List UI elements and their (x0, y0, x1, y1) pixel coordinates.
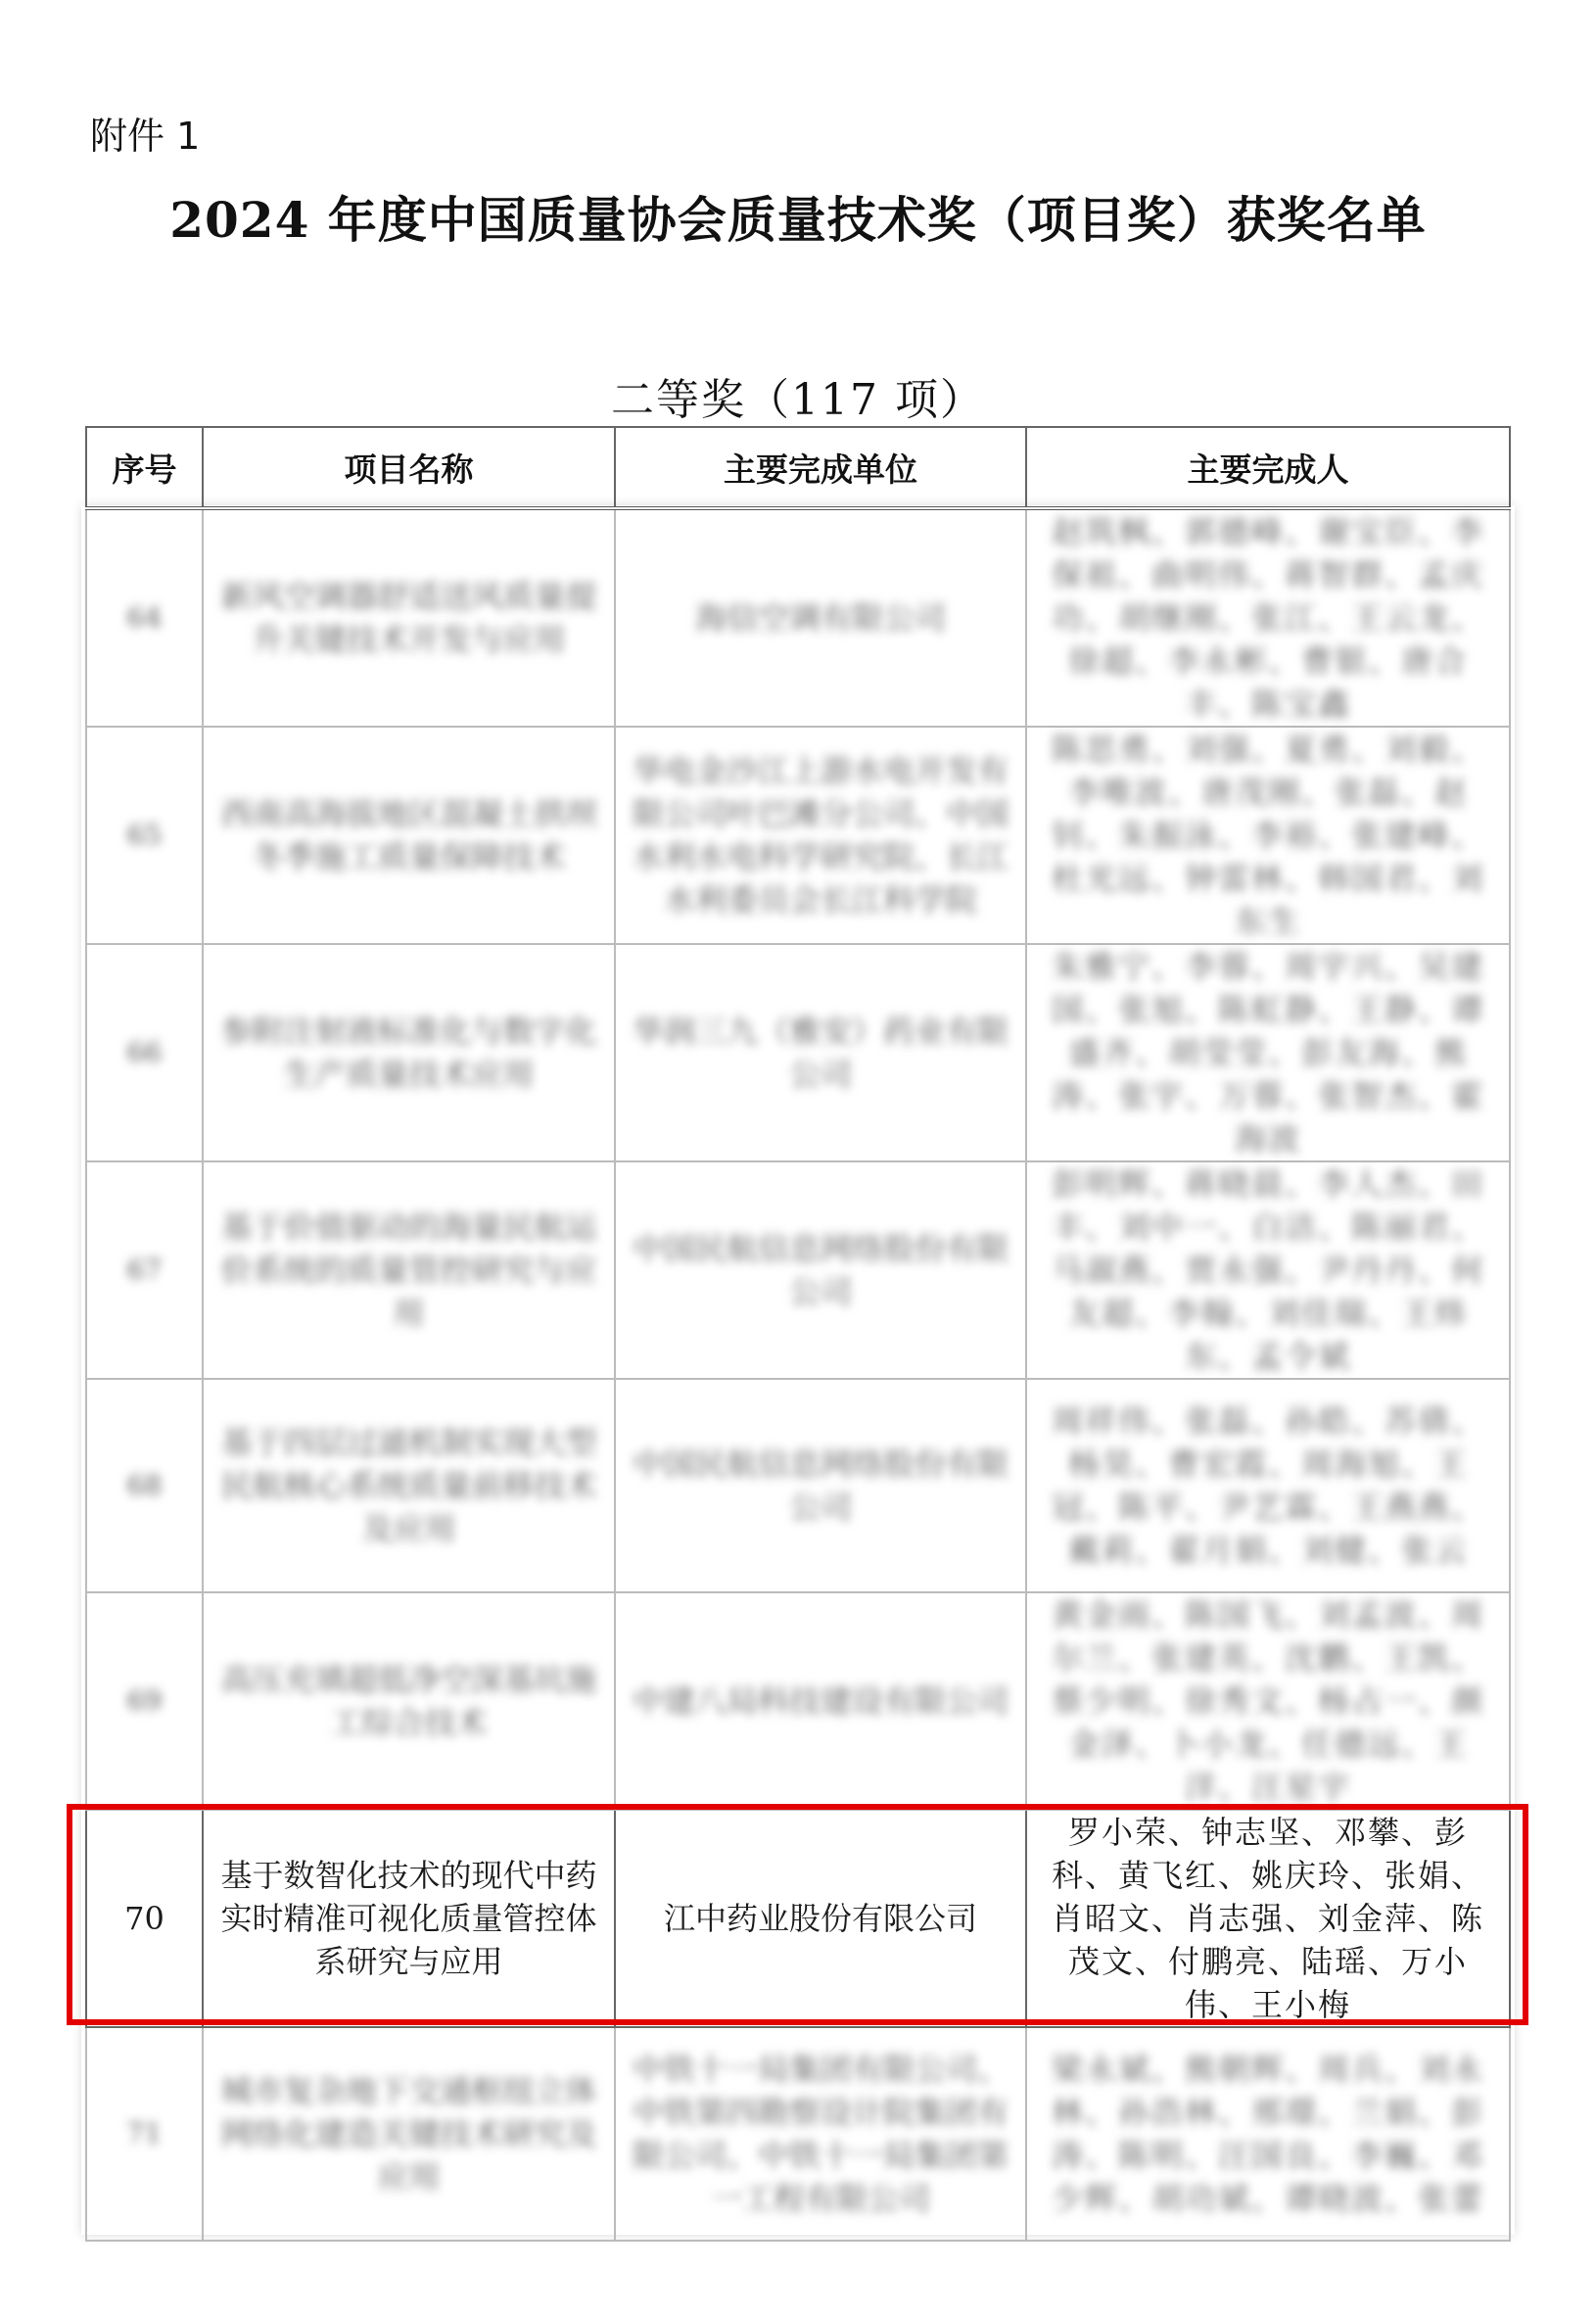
completing-people: 罗小荣、钟志坚、邓攀、彭科、黄飞红、姚庆玲、张娟、肖昭文、肖志强、刘金萍、陈茂文… (1026, 1810, 1510, 2027)
table-row: 67 基于价值驱动的海量民航运价系统的质量管控研究与应用 中国民航信息网络股份有… (86, 1161, 1510, 1379)
table-row: 65 西南高海拔地区混凝土拱坝冬季施工质量保障技术 华电金沙江上游水电开发有限公… (86, 727, 1510, 944)
section-title: 二等奖（117 项） (0, 364, 1596, 427)
project-name: 参附注射液标准化与数字化生产质量技术应用 (203, 944, 615, 1161)
highlighted-table-row: 70 基于数智化技术的现代中药实时精准可视化质量管控体系研究与应用 江中药业股份… (86, 1810, 1510, 2027)
completing-people: 彭明辉、蒋晓晨、李人杰、田丰、刘中一、白洁、陈丽君、马淑燕、贾永强、尹丹丹、何友… (1026, 1161, 1510, 1379)
table-header-row: 序号 项目名称 主要完成单位 主要完成人 (86, 427, 1510, 508)
column-header-unit: 主要完成单位 (615, 427, 1026, 508)
row-number: 68 (86, 1379, 203, 1592)
completing-people: 赵筑枫、郭德峰、谢宝臣、李保祖、曲明伟、蒋智群、孟庆功、胡继刚、张江、王云龙、徐… (1026, 508, 1510, 727)
completing-people: 黄金雨、陈国飞、刘孟波、周尔兰、张建英、沈鹏、王凯、蔡少明、徐秀文、杨占一、颜金… (1026, 1592, 1510, 1810)
table-row: 66 参附注射液标准化与数字化生产质量技术应用 华润三九（雅安）药业有限公司 朱… (86, 944, 1510, 1161)
row-number: 67 (86, 1161, 203, 1379)
table-row: 68 基于四层过滤机制实现大型民航核心系统质量前移技术及应用 中国民航信息网络股… (86, 1379, 1510, 1592)
column-header-project: 项目名称 (203, 427, 615, 508)
completing-unit: 华润三九（雅安）药业有限公司 (615, 944, 1026, 1161)
project-name: 基于价值驱动的海量民航运价系统的质量管控研究与应用 (203, 1161, 615, 1379)
completing-people: 朱雅宁、李蓉、周宇兴、吴建国、张旭、陈虹静、王静、谭盛齐、胡莹莹、彭友海、熊涛、… (1026, 944, 1510, 1161)
column-header-people: 主要完成人 (1026, 427, 1510, 508)
completing-unit: 中国民航信息网络股份有限公司 (615, 1379, 1026, 1592)
project-name: 新风空调器舒适送风质量提升关键技术开发与应用 (203, 508, 615, 727)
completing-unit: 海信空调有限公司 (615, 508, 1026, 727)
table-row: 64 新风空调器舒适送风质量提升关键技术开发与应用 海信空调有限公司 赵筑枫、郭… (86, 508, 1510, 727)
project-name: 高压充填超低净空深基坑施工综合技术 (203, 1592, 615, 1810)
column-header-num: 序号 (86, 427, 203, 508)
project-name: 基于数智化技术的现代中药实时精准可视化质量管控体系研究与应用 (203, 1810, 615, 2027)
completing-unit: 中建八局科技建设有限公司 (615, 1592, 1026, 1810)
completing-people: 陈思勇、刘强、夏勇、刘毅、李唯波、唐茂刚、张磊、赵钊、朱振泳、李裕、张建峰、杜光… (1026, 727, 1510, 944)
project-name: 城市复杂地下交通枢纽立体网络化建造关键技术研究及应用 (203, 2027, 615, 2241)
completing-unit: 中铁十一局集团有限公司、中铁第四勘察设计院集团有限公司、中铁十一局集团第一工程有… (615, 2027, 1026, 2241)
annex-label: 附件 1 (90, 106, 200, 160)
table-row: 69 高压充填超低净空深基坑施工综合技术 中建八局科技建设有限公司 黄金雨、陈国… (86, 1592, 1510, 1810)
row-number: 66 (86, 944, 203, 1161)
row-number: 65 (86, 727, 203, 944)
document-title: 2024 年度中国质量协会质量技术奖（项目奖）获奖名单 (0, 181, 1596, 252)
project-name: 基于四层过滤机制实现大型民航核心系统质量前移技术及应用 (203, 1379, 615, 1592)
completing-unit: 华电金沙江上游水电开发有限公司叶巴滩分公司、中国水利水电科学研究院、长江水利委员… (615, 727, 1026, 944)
completing-people: 梁永斌、熊朝辉、周兵、刘永林、孙浩林、邢璟、兰娟、彭涛、陈明、汪国良、李巍、邓少… (1026, 2027, 1510, 2241)
row-number: 69 (86, 1592, 203, 1810)
row-number: 70 (86, 1810, 203, 2027)
row-number: 71 (86, 2027, 203, 2241)
completing-people: 周祥伟、张磊、孙皓、苏倩、杨昊、曹宏霞、周海旭、王冠、陈平、尹艺霖、王燕燕、戴莉… (1026, 1379, 1510, 1592)
row-number: 64 (86, 508, 203, 727)
completing-unit: 中国民航信息网络股份有限公司 (615, 1161, 1026, 1379)
table-row: 71 城市复杂地下交通枢纽立体网络化建造关键技术研究及应用 中铁十一局集团有限公… (86, 2027, 1510, 2241)
award-table: 序号 项目名称 主要完成单位 主要完成人 64 新风空调器舒适送风质量提升关键技… (85, 426, 1511, 2242)
project-name: 西南高海拔地区混凝土拱坝冬季施工质量保障技术 (203, 727, 615, 944)
completing-unit: 江中药业股份有限公司 (615, 1810, 1026, 2027)
